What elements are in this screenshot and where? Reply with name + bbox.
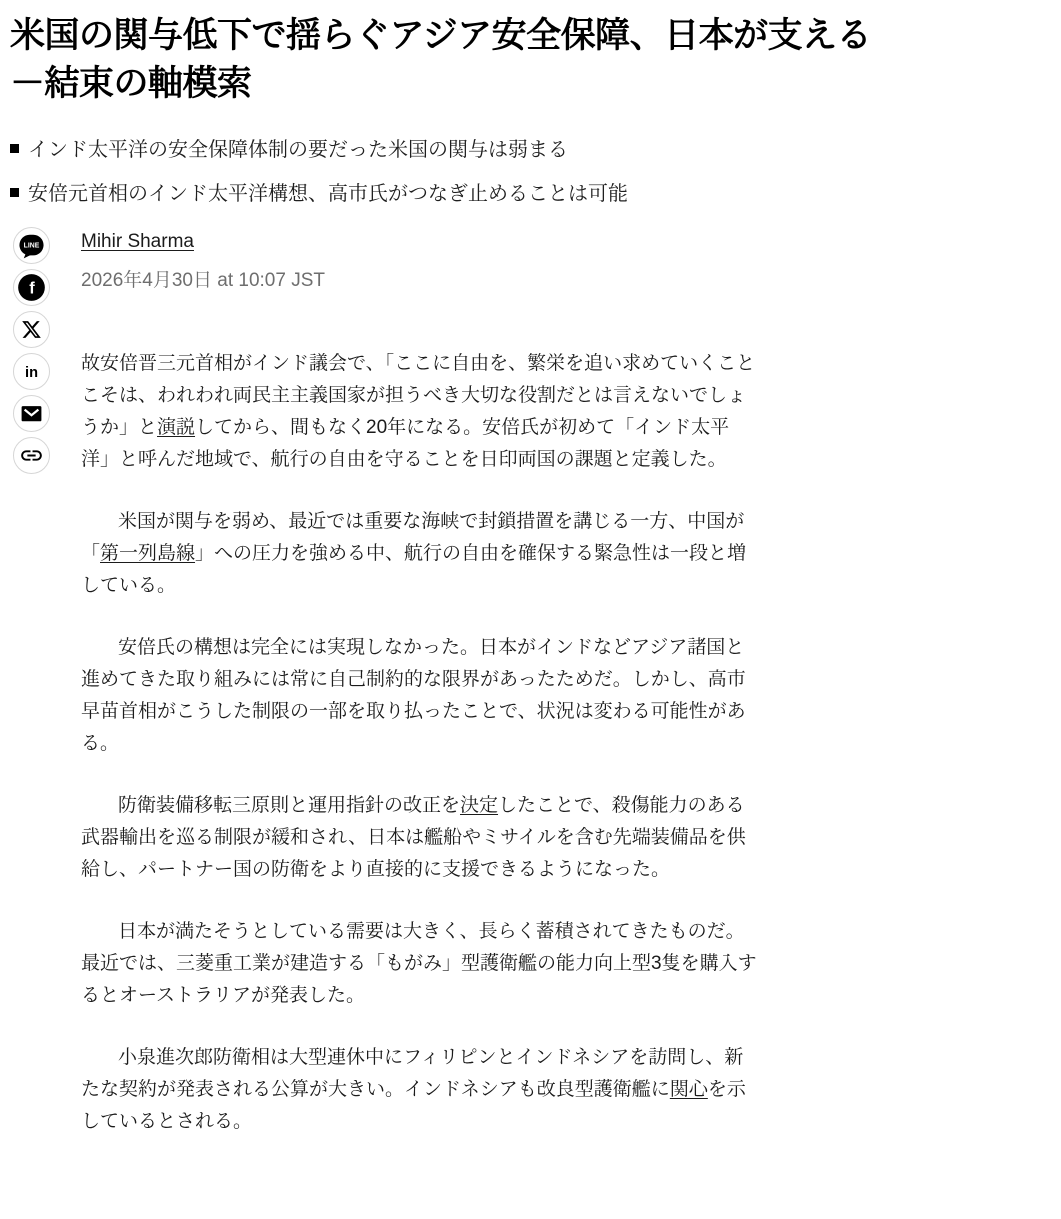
article-title: 米国の関与低下で揺らぐアジア安全保障、日本が支える－結束の軸模索 xyxy=(10,12,890,107)
article-paragraph: 故安倍晋三元首相がインド議会で、「ここに自由を、繁栄を追い求めていくことこそは、… xyxy=(81,348,757,476)
summary-bullet-text: インド太平洋の安全保障体制の要だった米国の関与は弱まる xyxy=(28,137,568,163)
summary-bullet-text: 安倍元首相のインド太平洋構想、高市氏がつなぎ止めることは可能 xyxy=(28,181,628,207)
line-icon: LINE xyxy=(16,230,47,261)
bullet-square-icon xyxy=(10,188,19,197)
share-button-email[interactable] xyxy=(13,395,50,432)
summary-bullets: インド太平洋の安全保障体制の要だった米国の関与は弱まる安倍元首相のインド太平洋構… xyxy=(10,137,1051,207)
summary-bullet: インド太平洋の安全保障体制の要だった米国の関与は弱まる xyxy=(10,137,1051,163)
share-button-line[interactable]: LINE xyxy=(13,227,50,264)
svg-text:LINE: LINE xyxy=(24,243,40,250)
article-row: LINEfin Mihir Sharma 2026年4月30日 at 10:07… xyxy=(10,225,1051,1168)
share-rail: LINEfin xyxy=(10,225,81,1168)
svg-text:in: in xyxy=(25,365,38,381)
share-button-facebook[interactable]: f xyxy=(13,269,50,306)
inline-link[interactable]: 演説 xyxy=(157,417,195,438)
share-button-copy-link[interactable] xyxy=(13,437,50,474)
inline-link[interactable]: 決定 xyxy=(460,795,498,816)
inline-link[interactable]: 第一列島線 xyxy=(100,543,195,564)
article-body: 故安倍晋三元首相がインド議会で、「ここに自由を、繁栄を追い求めていくことこそは、… xyxy=(81,348,757,1138)
publish-date: 2026年4月30日 at 10:07 JST xyxy=(81,265,757,292)
article-paragraph: 米国が関与を弱め、最近では重要な海峡で封鎖措置を講じる一方、中国が「第一列島線」… xyxy=(81,506,757,602)
article-paragraph: 小泉進次郎防衛相は大型連休中にフィリピンとインドネシアを訪問し、新たな契約が発表… xyxy=(81,1042,757,1138)
author-link[interactable]: Mihir Sharma xyxy=(81,231,194,253)
svg-text:f: f xyxy=(29,280,35,298)
paragraph-text: 日本が満たそうとしている需要は大きく、長らく蓄積されてきたものだ。最近では、三菱… xyxy=(81,921,757,1006)
summary-bullet: 安倍元首相のインド太平洋構想、高市氏がつなぎ止めることは可能 xyxy=(10,181,1051,207)
bullet-square-icon xyxy=(10,144,19,153)
byline: Mihir Sharma 2026年4月30日 at 10:07 JST xyxy=(81,225,757,292)
inline-link[interactable]: 関心 xyxy=(670,1079,708,1100)
paragraph-text: 安倍氏の構想は完全には実現しなかった。日本がインドなどアジア諸国と進めてきた取り… xyxy=(81,637,746,754)
x-icon xyxy=(16,314,47,345)
share-button-x[interactable] xyxy=(13,311,50,348)
copy-link-icon xyxy=(16,440,47,471)
article-page: 米国の関与低下で揺らぐアジア安全保障、日本が支える－結束の軸模索 インド太平洋の… xyxy=(0,0,1061,1219)
email-icon xyxy=(16,398,47,429)
article-paragraph: 日本が満たそうとしている需要は大きく、長らく蓄積されてきたものだ。最近では、三菱… xyxy=(81,916,757,1012)
article-main-column: Mihir Sharma 2026年4月30日 at 10:07 JST 故安倍… xyxy=(81,225,757,1168)
article-paragraph: 安倍氏の構想は完全には実現しなかった。日本がインドなどアジア諸国と進めてきた取り… xyxy=(81,632,757,760)
share-button-linkedin[interactable]: in xyxy=(13,353,50,390)
facebook-icon: f xyxy=(16,272,47,303)
paragraph-text: 防衛装備移転三原則と運用指針の改正を xyxy=(118,795,460,816)
linkedin-icon: in xyxy=(16,356,47,387)
article-paragraph: 防衛装備移転三原則と運用指針の改正を決定したことで、殺傷能力のある武器輸出を巡る… xyxy=(81,790,757,886)
paragraph-text: 小泉進次郎防衛相は大型連休中にフィリピンとインドネシアを訪問し、新たな契約が発表… xyxy=(81,1047,743,1100)
